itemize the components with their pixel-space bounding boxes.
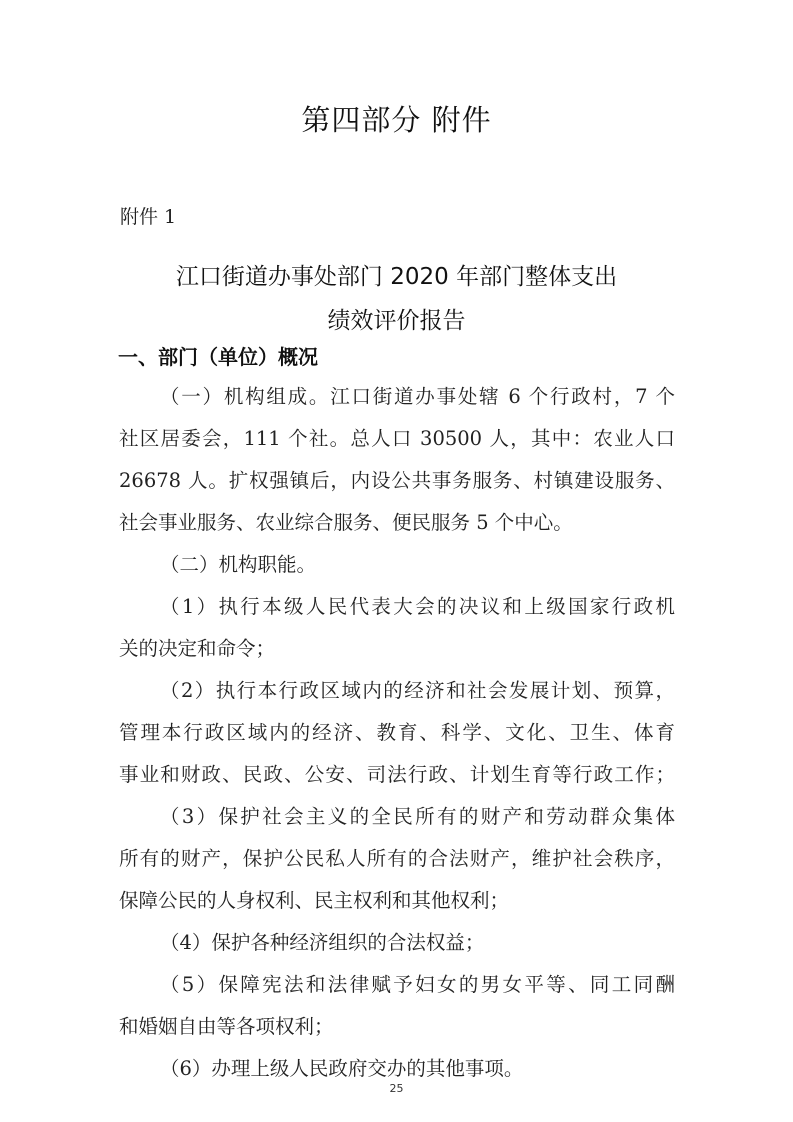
paragraph-line: （5）保障宪法和法律赋予妇女的男女平等、同工同酬 [160,969,675,997]
section-heading: 一、部门（单位）概况 [118,341,318,370]
paragraph-line: （6）办理上级人民政府交办的其他事项。 [160,1053,675,1081]
paragraph-line: 和婚姻自由等各项权利； [119,1011,675,1039]
report-title-line-1: 江口街道办事处部门 2020 年部门整体支出 [0,258,793,291]
paragraph-line: 管理本行政区域内的经济、教育、科学、文化、卫生、体育 [119,717,675,745]
paragraph-line: （1）执行本级人民代表大会的决议和上级国家行政机 [160,591,675,619]
paragraph-line: 关的决定和命令； [119,633,675,661]
paragraph-line: 社区居委会，111 个社。总人口 30500 人，其中：农业人口 [119,423,675,451]
paragraph-line: 事业和财政、民政、公安、司法行政、计划生育等行政工作； [119,759,675,787]
part-title: 第四部分 附件 [0,98,793,139]
report-title-line-2: 绩效评价报告 [0,302,793,335]
paragraph-line: （一）机构组成。江口街道办事处辖 6 个行政村，7 个 [160,381,675,409]
attachment-label: 附件 1 [120,202,176,229]
paragraph-line: 社会事业服务、农业综合服务、便民服务 5 个中心。 [119,507,675,535]
paragraph-line: （4）保护各种经济组织的合法权益； [160,927,675,955]
paragraph-line: （2）执行本行政区域内的经济和社会发展计划、预算， [160,675,675,703]
paragraph-line: （3）保护社会主义的全民所有的财产和劳动群众集体 [160,801,675,829]
paragraph-line: 所有的财产，保护公民私人所有的合法财产，维护社会秩序， [119,843,675,871]
paragraph-line: （二）机构职能。 [160,549,675,577]
paragraph-line: 保障公民的人身权利、民主权利和其他权利； [119,885,675,913]
paragraph-line: 26678 人。扩权强镇后，内设公共事务服务、村镇建设服务、 [119,465,675,493]
document-page: 第四部分 附件 附件 1 江口街道办事处部门 2020 年部门整体支出 绩效评价… [0,0,793,1122]
page-number: 25 [0,1082,793,1095]
